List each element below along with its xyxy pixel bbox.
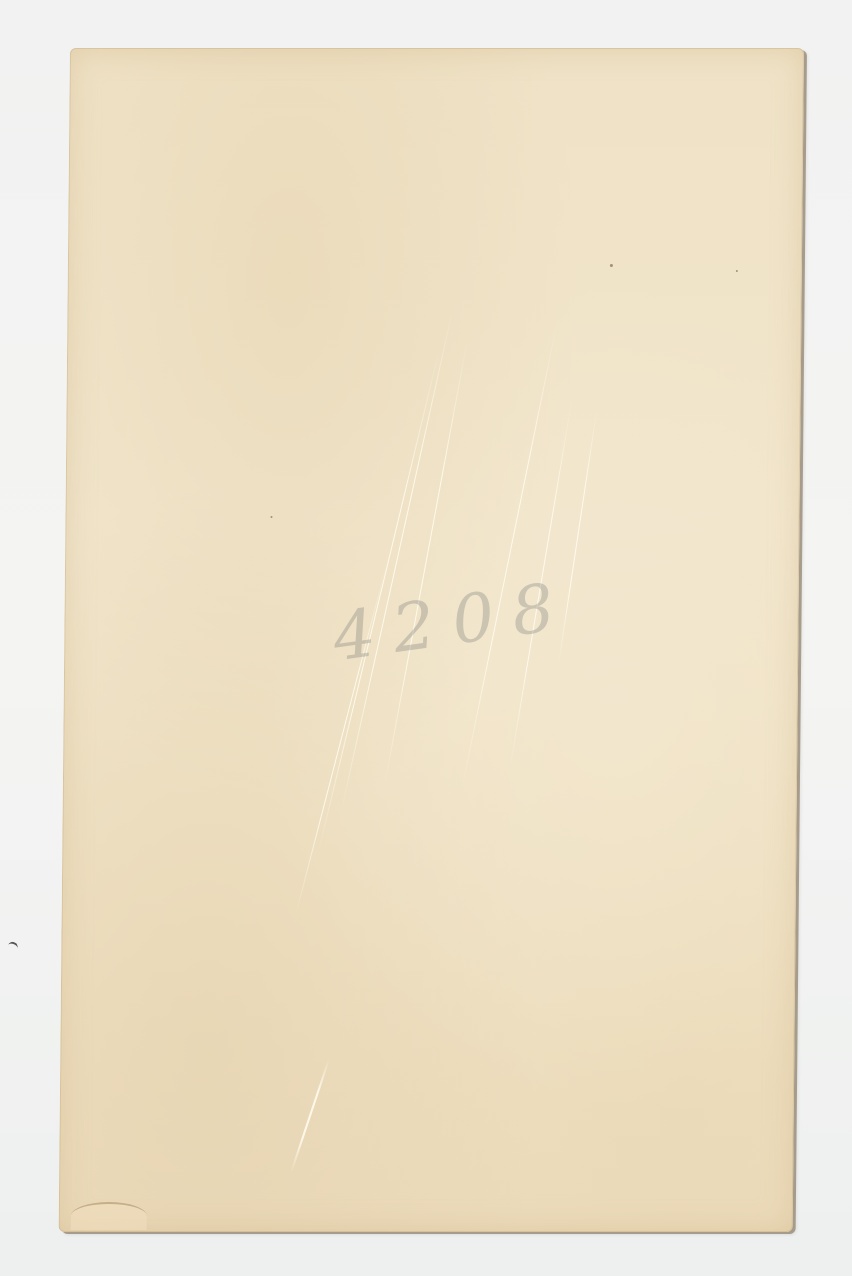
dust-speck	[610, 264, 613, 267]
dust-speck	[270, 516, 272, 518]
pencil-inscription: 4208	[329, 567, 577, 677]
corner-damage	[71, 1202, 147, 1230]
scan-background: 4208	[0, 0, 852, 1276]
scanner-dust-mark	[7, 941, 19, 952]
paper-crease	[290, 1058, 330, 1173]
scratch-line	[461, 318, 558, 789]
antique-card-back: 4208	[59, 48, 804, 1232]
dust-speck	[736, 270, 738, 272]
scratch-line	[340, 308, 454, 817]
